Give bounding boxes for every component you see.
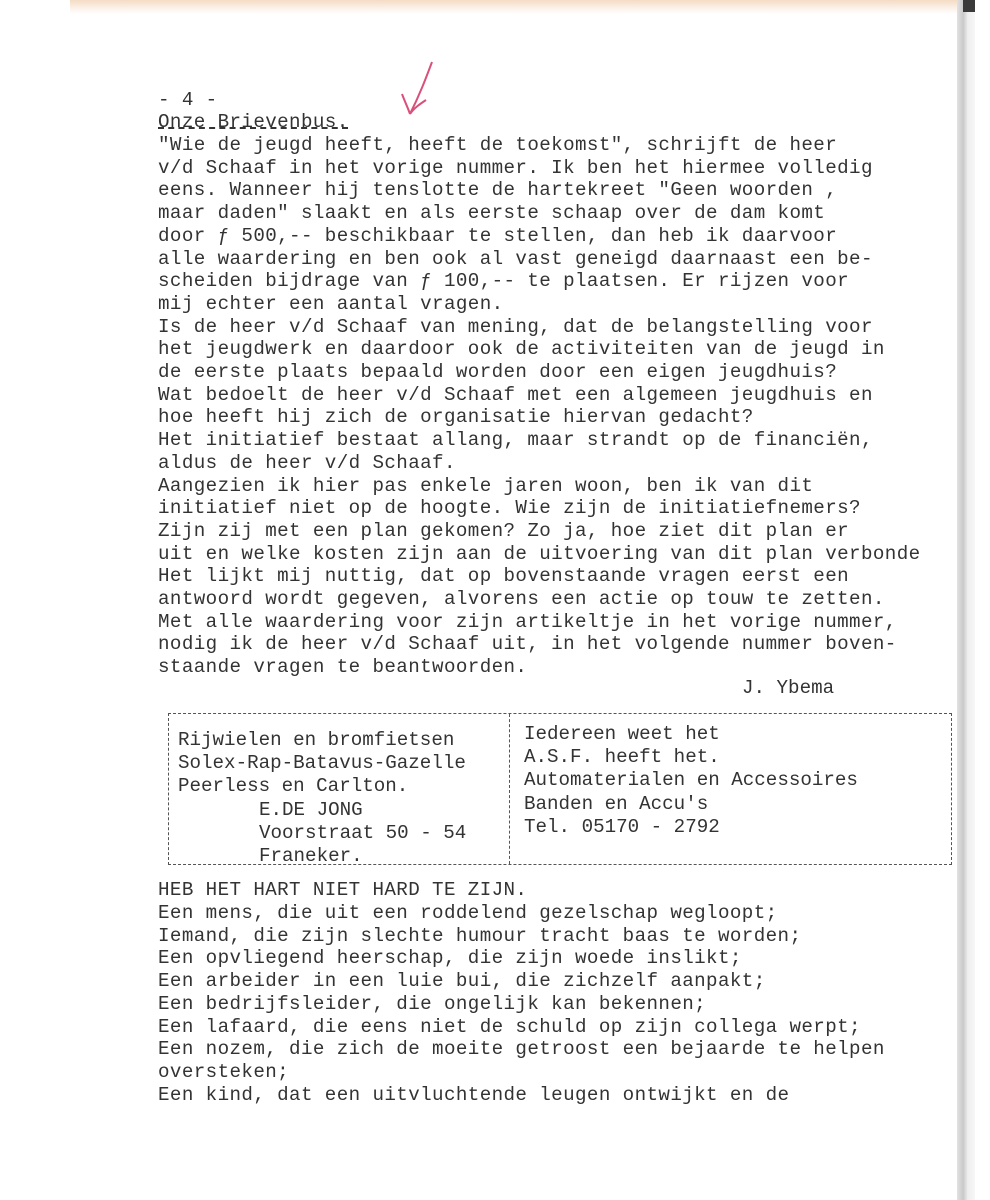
ad-line: E.DE JONG xyxy=(178,799,466,822)
ad-line: Automaterialen en Accessoires xyxy=(524,769,858,792)
signature: J. Ybema xyxy=(742,677,834,699)
ad-line: Voorstraat 50 - 54 xyxy=(178,822,466,845)
letter-line: Het initiatief bestaat allang, maar stra… xyxy=(158,429,921,452)
poem-line: Een kind, dat een uitvluchtende leugen o… xyxy=(158,1084,885,1107)
ad-line: Banden en Accu's xyxy=(524,793,858,816)
page-number: - 4 - xyxy=(158,89,218,112)
letter-line: de eerste plaats bepaald worden door een… xyxy=(158,361,921,384)
ad-line: Solex-Rap-Batavus-Gazelle xyxy=(178,752,466,775)
ad-divider xyxy=(509,714,510,864)
letter-line: het jeugdwerk en daardoor ook de activit… xyxy=(158,338,921,361)
scan-corner xyxy=(963,0,975,12)
ad-line: Rijwielen en bromfietsen xyxy=(178,729,466,752)
letter-line: nodig ik de heer v/d Schaaf uit, in het … xyxy=(158,633,921,656)
ad-line: Peerless en Carlton. xyxy=(178,775,466,798)
poem-title: HEB HET HART NIET HARD TE ZIJN. xyxy=(158,879,527,902)
letter-line: alle waardering en ben ook al vast genei… xyxy=(158,248,921,271)
letter-line: aldus de heer v/d Schaaf. xyxy=(158,452,921,475)
ad-line: A.S.F. heeft het. xyxy=(524,746,858,769)
advertisement-automaterials: Iedereen weet hetA.S.F. heeft het.Automa… xyxy=(524,723,858,839)
letter-line: door ƒ 500,-- beschikbaar te stellen, da… xyxy=(158,225,921,248)
letter-line: scheiden bijdrage van ƒ 100,-- te plaats… xyxy=(158,270,921,293)
paper-edge-tint xyxy=(70,0,975,14)
letter-line: Met alle waardering voor zijn artikeltje… xyxy=(158,611,921,634)
poem-line: Een bedrijfsleider, die ongelijk kan bek… xyxy=(158,993,885,1016)
poem-line: Een opvliegend heerschap, die zijn woede… xyxy=(158,947,885,970)
poem-line: Iemand, die zijn slechte humour tracht b… xyxy=(158,925,885,948)
letter-line: initiatief niet op de hoogte. Wie zijn d… xyxy=(158,497,921,520)
poem-line: Een nozem, die zich de moeite getroost e… xyxy=(158,1038,885,1061)
letter-line: eens. Wanneer hij tenslotte de hartekree… xyxy=(158,179,921,202)
poem-body: Een mens, die uit een roddelend gezelsch… xyxy=(158,902,885,1106)
poem-line: Een lafaard, die eens niet de schuld op … xyxy=(158,1016,885,1039)
letter-line: antwoord wordt gegeven, alvorens een act… xyxy=(158,588,921,611)
ad-line: Iedereen weet het xyxy=(524,723,858,746)
letter-line: maar daden" slaakt en als eerste schaap … xyxy=(158,202,921,225)
page-edge-shadow xyxy=(957,0,975,1200)
poem-line: oversteken; xyxy=(158,1061,885,1084)
letter-line: "Wie de jeugd heeft, heeft de toekomst",… xyxy=(158,134,921,157)
poem-line: Een arbeider in een luie bui, die zichze… xyxy=(158,970,885,993)
red-arrow-icon xyxy=(396,58,446,118)
letter-line: Het lijkt mij nuttig, dat op bovenstaand… xyxy=(158,565,921,588)
document-page: - 4 - Onze Brievenbus. "Wie de jeugd hee… xyxy=(0,0,975,1200)
ad-line: Tel. 05170 - 2792 xyxy=(524,816,858,839)
section-heading: Onze Brievenbus. xyxy=(158,111,349,134)
letter-line: Aangezien ik hier pas enkele jaren woon,… xyxy=(158,475,921,498)
letter-line: staande vragen te beantwoorden. xyxy=(158,656,921,679)
poem-line: Een mens, die uit een roddelend gezelsch… xyxy=(158,902,885,925)
advertisement-bicycles: Rijwielen en bromfietsenSolex-Rap-Batavu… xyxy=(178,729,466,868)
letter-line: Zijn zij met een plan gekomen? Zo ja, ho… xyxy=(158,520,921,543)
letter-line: uit en welke kosten zijn aan de uitvoeri… xyxy=(158,543,921,566)
letter-body: "Wie de jeugd heeft, heeft de toekomst",… xyxy=(158,134,921,679)
letter-line: Is de heer v/d Schaaf van mening, dat de… xyxy=(158,316,921,339)
ad-line: Franeker. xyxy=(178,845,466,868)
advertisement-box: Rijwielen en bromfietsenSolex-Rap-Batavu… xyxy=(168,713,952,865)
letter-line: mij echter een aantal vragen. xyxy=(158,293,921,316)
letter-line: Wat bedoelt de heer v/d Schaaf met een a… xyxy=(158,384,921,407)
letter-line: hoe heeft hij zich de organisatie hierva… xyxy=(158,406,921,429)
letter-line: v/d Schaaf in het vorige nummer. Ik ben … xyxy=(158,157,921,180)
